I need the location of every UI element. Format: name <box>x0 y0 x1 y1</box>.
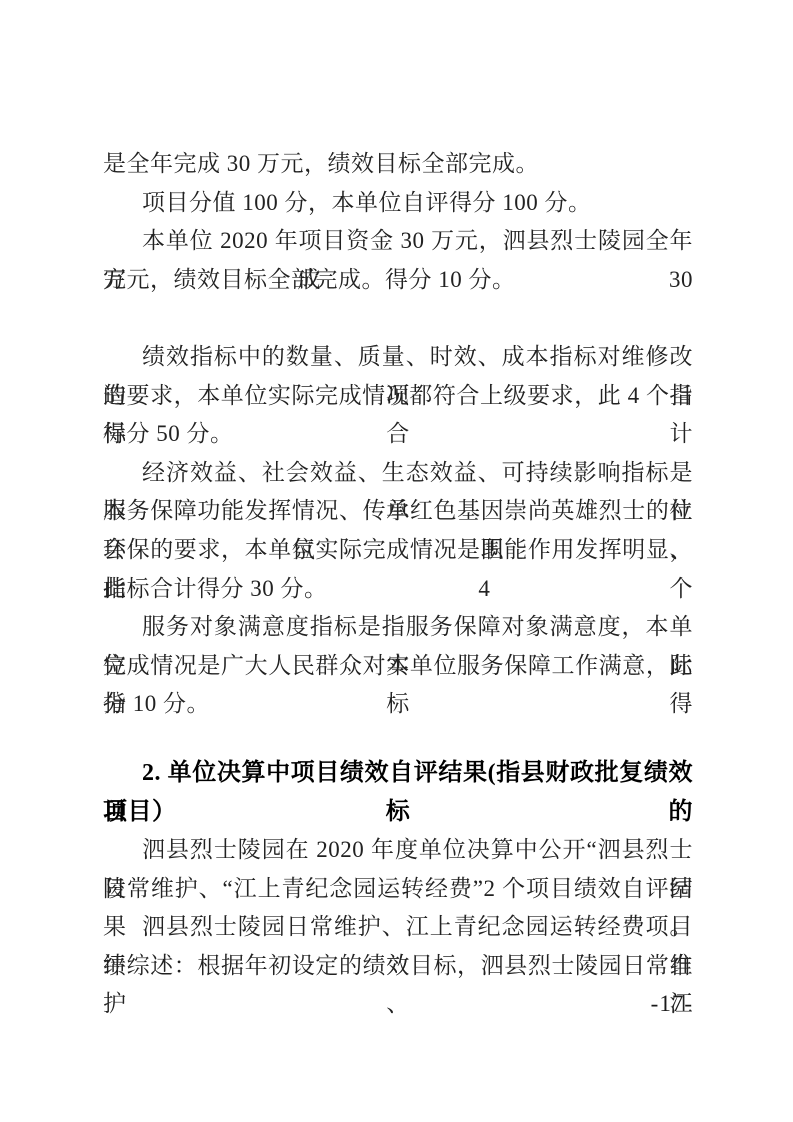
text-line: 完成情况是广大人民群众对本单位服务保障工作满意，此指标得 <box>103 647 693 686</box>
text-line: 项目分值 100 分，本单位自评得分 100 分。 <box>103 184 693 223</box>
text-line: 泗县烈士陵园在 2020 年度单位决算中公开“泗县烈士陵园 <box>103 831 693 870</box>
text-line: 日常维护、“江上青纪念园运转经费”2 个项目绩效自评结果。 <box>103 870 693 909</box>
document-page: 是全年完成 30 万元，绩效目标全部完成。项目分值 100 分，本单位自评得分 … <box>0 0 793 1122</box>
text-line: 是全年完成 30 万元，绩效目标全部完成。 <box>103 145 693 184</box>
heading-line: 2. 单位决算中项目绩效自评结果(指县财政批复绩效目标的 <box>103 754 693 793</box>
text-line: 本单位 2020 年项目资金 30 万元，泗县烈士陵园全年完成 30 <box>103 222 693 261</box>
text-line: 经济效益、社会效益、生态效益、可持续影响指标是本单位 <box>103 454 693 493</box>
text-line: 泗县烈士陵园日常维护、江上青纪念园运转经费项目绩效自 <box>103 908 693 947</box>
text-line: 环保的要求，本单位实际完成情况是职能作用发挥明显，此 4 个 <box>103 531 693 570</box>
text-line: 的要求，本单位实际完成情况都符合上级要求，此 4 个指标合计 <box>103 377 693 416</box>
text-line: 服务对象满意度指标是指服务保障对象满意度，本单位实际 <box>103 608 693 647</box>
text-line: 评综述：根据年初设定的绩效目标，泗县烈士陵园日常维护、江 <box>103 947 693 986</box>
body-text: 是全年完成 30 万元，绩效目标全部完成。项目分值 100 分，本单位自评得分 … <box>103 145 693 985</box>
text-line: 服务保障功能发挥情况、传承红色基因崇尚英雄烈士的社会氛围、 <box>103 492 693 531</box>
section-spacer <box>103 724 693 754</box>
blank-line <box>103 299 693 338</box>
text-line: 绩效指标中的数量、质量、时效、成本指标对维修改造项目 <box>103 338 693 377</box>
text-column: 是全年完成 30 万元，绩效目标全部完成。项目分值 100 分，本单位自评得分 … <box>103 145 693 1024</box>
